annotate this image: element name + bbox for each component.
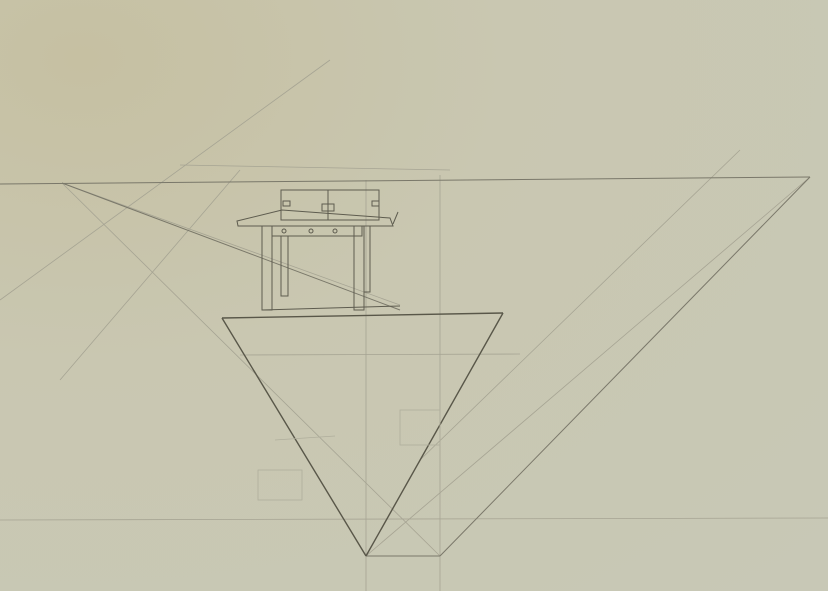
construction-lines	[0, 60, 828, 591]
main-lines	[0, 177, 810, 556]
right-diagonal	[440, 177, 810, 556]
left-orthogonal	[62, 183, 400, 310]
horizon-line	[0, 177, 810, 184]
perspective-drawing	[0, 0, 828, 591]
table-drawing	[237, 190, 400, 310]
